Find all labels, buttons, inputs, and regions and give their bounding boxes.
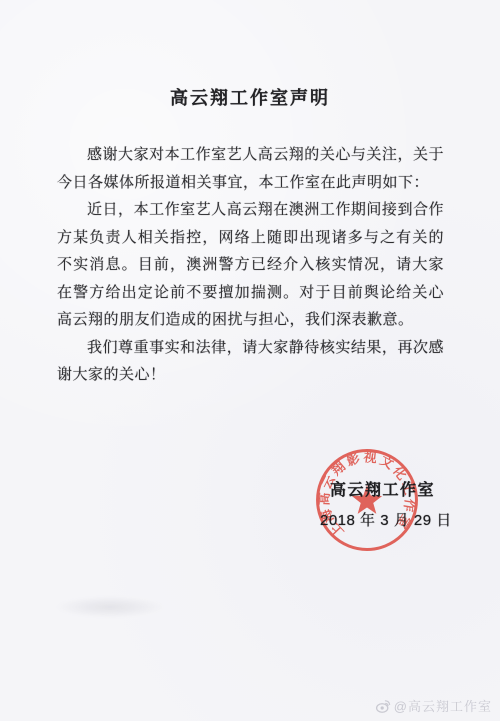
watermark-handle: @高云翔工作室: [394, 696, 492, 715]
weibo-icon: [375, 698, 391, 714]
signature-date: 2018 年 3 月 29 日: [320, 509, 452, 530]
company-seal-stamp: 上海高云翔影视文化工作室: [311, 444, 423, 556]
weibo-watermark: @高云翔工作室: [375, 696, 492, 715]
signature-name: 高云翔工作室: [330, 477, 435, 500]
page-title: 高云翔工作室声明: [0, 84, 500, 110]
paragraph-main: 近日，本工作室艺人高云翔在澳洲工作期间接到合作方某负责人相关指控，网络上随即出现…: [57, 196, 444, 334]
paragraph-intro: 感谢大家对本工作室艺人高云翔的关心与关注，关于今日各媒体所报道相关事宜，本工作室…: [57, 141, 444, 196]
statement-body: 感谢大家对本工作室艺人高云翔的关心与关注，关于今日各媒体所报道相关事宜，本工作室…: [57, 141, 444, 389]
statement-page: 高云翔工作室声明 感谢大家对本工作室艺人高云翔的关心与关注，关于今日各媒体所报道…: [0, 0, 500, 721]
paragraph-closing: 我们尊重事实和法律，请大家静待核实结果，再次感谢大家的关心！: [57, 334, 444, 389]
paper-smudge: [55, 596, 165, 618]
